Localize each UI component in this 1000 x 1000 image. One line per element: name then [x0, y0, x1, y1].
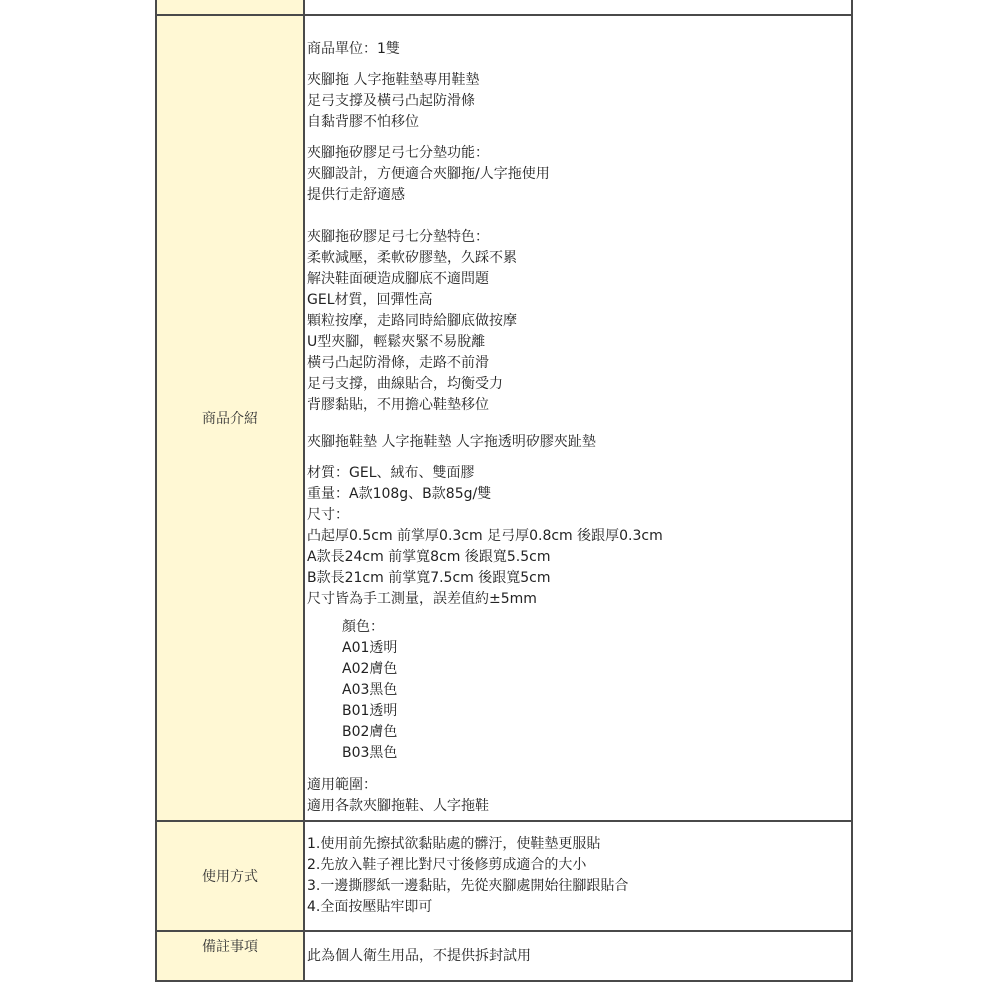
usage-step: 1.使用前先擦拭欲黏貼處的髒汙，使鞋墊更服貼 [307, 834, 851, 855]
usage-step: 3.一邊撕膠紙一邊黏貼，先從夾腳處開始往腳跟貼合 [307, 876, 851, 897]
table-row-product-intro: 商品介紹 商品單位：1雙 夾腳拖 人字拖鞋墊專用鞋墊 足弓支撐及橫弓凸起防滑條 … [156, 15, 852, 821]
product-intro-content: 商品單位：1雙 夾腳拖 人字拖鞋墊專用鞋墊 足弓支撐及橫弓凸起防滑條 自黏背膠不… [304, 15, 852, 821]
product-name-section: 夾腳拖鞋墊 人字拖鞋墊 人字拖透明矽膠夾趾墊 [307, 432, 851, 453]
text-line: 夾腳設計，方便適合夾腳拖/人字拖使用 [307, 164, 851, 185]
text-line: 足弓支撐，曲線貼合，均衡受力 [307, 374, 851, 395]
text-line: B02膚色 [342, 722, 851, 743]
text-line: 提供行走舒適感 [307, 185, 851, 206]
text-line: U型夾腳，輕鬆夾緊不易脫離 [307, 332, 851, 353]
text-line: 尺寸皆為手工測量，誤差值約±5mm [307, 589, 851, 610]
text-line: 尺寸： [307, 505, 851, 526]
unit-section: 商品單位：1雙 [307, 39, 851, 60]
colors-section: 顏色： A01透明 A02膚色 A03黑色 B01透明 B02膚色 B03黑色 [307, 617, 851, 764]
text-line: 柔軟減壓，柔軟矽膠墊，久踩不累 [307, 248, 851, 269]
specs-section: 材質：GEL、絨布、雙面膠 重量：A款108g、B款85g/雙 尺寸： 凸起厚0… [307, 463, 851, 610]
usage-step: 4.全面按壓貼牢即可 [307, 897, 851, 918]
table-row-notes: 備註事項 此為個人衛生用品，不提供拆封試用 [156, 931, 852, 981]
function-section: 夾腳拖矽膠足弓七分墊功能： 夾腳設計，方便適合夾腳拖/人字拖使用 提供行走舒適感 [307, 143, 851, 206]
product-intro-label: 商品介紹 [156, 15, 304, 821]
text-line: 適用範圍： [307, 775, 851, 796]
text-line: 凸起厚0.5cm 前掌厚0.3cm 足弓厚0.8cm 後跟厚0.3cm [307, 526, 851, 547]
text-line: 夾腳拖 人字拖鞋墊專用鞋墊 [307, 70, 851, 91]
notes-label: 備註事項 [156, 931, 304, 981]
text-line: B01透明 [342, 701, 851, 722]
text-line: 背膠黏貼，不用擔心鞋墊移位 [307, 395, 851, 416]
text-line: 夾腳拖矽膠足弓七分墊功能： [307, 143, 851, 164]
usage-label: 使用方式 [156, 821, 304, 931]
text-line: 夾腳拖矽膠足弓七分墊特色： [307, 227, 851, 248]
notes-content: 此為個人衛生用品，不提供拆封試用 [304, 931, 852, 981]
text-line: A03黑色 [342, 680, 851, 701]
text-line: A01透明 [342, 638, 851, 659]
applicable-section: 適用範圍： 適用各款夾腳拖鞋、人字拖鞋 [307, 775, 851, 817]
text-line: 重量：A款108g、B款85g/雙 [307, 484, 851, 505]
text-line: 顆粒按摩，走路同時給腳底做按摩 [307, 311, 851, 332]
note-line: 此為個人衛生用品，不提供拆封試用 [307, 946, 851, 967]
text-line: 足弓支撐及橫弓凸起防滑條 [307, 91, 851, 112]
usage-step: 2.先放入鞋子裡比對尺寸後修剪成適合的大小 [307, 855, 851, 876]
text-line: B款長21cm 前掌寬7.5cm 後跟寬5cm [307, 568, 851, 589]
text-line: 材質：GEL、絨布、雙面膠 [307, 463, 851, 484]
text-line: 自黏背膠不怕移位 [307, 112, 851, 133]
table-row-usage: 使用方式 1.使用前先擦拭欲黏貼處的髒汙，使鞋墊更服貼 2.先放入鞋子裡比對尺寸… [156, 821, 852, 931]
text-line: 適用各款夾腳拖鞋、人字拖鞋 [307, 796, 851, 817]
features-section: 夾腳拖矽膠足弓七分墊特色： 柔軟減壓，柔軟矽膠墊，久踩不累 解決鞋面硬造成腳底不… [307, 227, 851, 416]
top-stub-label-cell [156, 0, 304, 15]
top-stub-value-cell [304, 0, 852, 15]
text-line: 商品單位：1雙 [307, 39, 851, 60]
text-line: A02膚色 [342, 659, 851, 680]
text-line: 顏色： [342, 617, 851, 638]
text-line: B03黑色 [342, 743, 851, 764]
text-line: GEL材質，回彈性高 [307, 290, 851, 311]
text-line: 橫弓凸起防滑條，走路不前滑 [307, 353, 851, 374]
text-line: A款長24cm 前掌寬8cm 後跟寬5.5cm [307, 547, 851, 568]
table-top-stub-row [156, 0, 852, 15]
headline-section: 夾腳拖 人字拖鞋墊專用鞋墊 足弓支撐及橫弓凸起防滑條 自黏背膠不怕移位 [307, 70, 851, 133]
usage-content: 1.使用前先擦拭欲黏貼處的髒汙，使鞋墊更服貼 2.先放入鞋子裡比對尺寸後修剪成適… [304, 821, 852, 931]
text-line: 夾腳拖鞋墊 人字拖鞋墊 人字拖透明矽膠夾趾墊 [307, 432, 851, 453]
product-spec-table: 商品介紹 商品單位：1雙 夾腳拖 人字拖鞋墊專用鞋墊 足弓支撐及橫弓凸起防滑條 … [155, 0, 853, 982]
text-line: 解決鞋面硬造成腳底不適問題 [307, 269, 851, 290]
